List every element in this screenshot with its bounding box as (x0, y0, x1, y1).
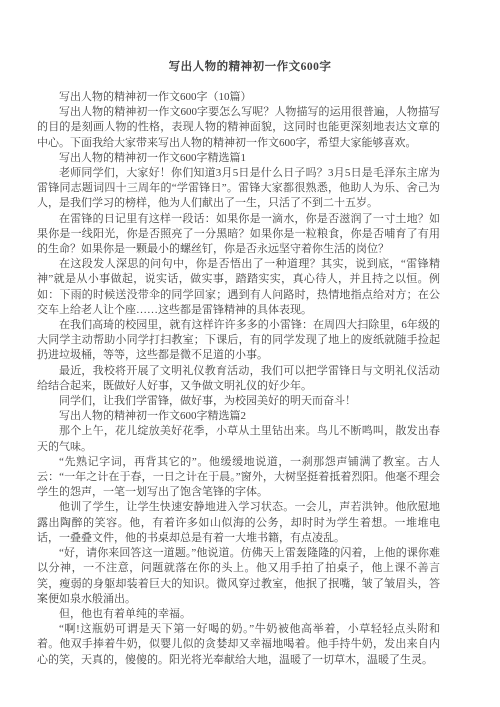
paragraph: 最近，我校将开展了文明礼仪教育活动，我们可以把学雷锋日与文明礼仪活动给结合起来，… (37, 364, 440, 394)
paragraph: “好，请你来回答这一道题。”他说道。仿佛天上雷轰隆隆的闪着，上他的课你难以分神，… (37, 546, 440, 607)
paragraph: 写出人物的精神初一作文600字精选篇2 (37, 409, 440, 424)
document-page: 写出人物的精神初一作文600字 写出人物的精神初一作文600字（10篇）写出人物… (0, 0, 500, 707)
paragraph: 他训了学生，让学生快速安静地进入学习状态。一会儿，声若洪钟。他欣慰地露出陶醉的笑… (37, 500, 440, 546)
paragraph: 那个上午，花儿绽放美好花季，小草从土里钻出来。鸟儿不断鸣叫，散发出春天的气味。 (37, 424, 440, 454)
paragraph: 在雷锋的日记里有这样一段话：如果你是一滴水，你是否滋润了一寸土地？如果你是一线阳… (37, 212, 440, 258)
paragraph: “啊!这瓶奶可谓是天下第一好喝的奶。”牛奶被他高举着，小草轻轻点头附和着。他双手… (37, 622, 440, 668)
paragraph: 但，他也有着单纯的幸福。 (37, 607, 440, 622)
paragraph: 老师同学们，大家好！你们知道3月5日是什么日子吗？3月5日是毛泽东主席为雷锋同志… (37, 166, 440, 212)
paragraph: 在我们高琦的校园里，就有这样许许多多的小雷锋：在周四大扫除里，6年级的大同学主动… (37, 318, 440, 364)
document-title: 写出人物的精神初一作文600字 (0, 0, 500, 74)
paragraph: “先熟记字词，再背其它的”。他缓缓地说道，一刹那怨声铺满了教室。古人云：“一年之… (37, 455, 440, 501)
paragraph: 同学们，让我们学雷锋，做好事，为校园美好的明天而奋斗！ (37, 394, 440, 409)
paragraph: 在这段发人深思的问句中，你是否悟出了一种道理？其实，说到底，“雷锋精神”就是从小… (37, 257, 440, 318)
paragraph: 写出人物的精神初一作文600字（10篇） (37, 90, 440, 105)
document-body: 写出人物的精神初一作文600字（10篇）写出人物的精神初一作文600字要怎么写呢… (37, 90, 440, 668)
paragraph: 写出人物的精神初一作文600字要怎么写呢？人物描写的运用很普遍，人物描写的目的是… (37, 105, 440, 151)
paragraph: 写出人物的精神初一作文600字精选篇1 (37, 151, 440, 166)
